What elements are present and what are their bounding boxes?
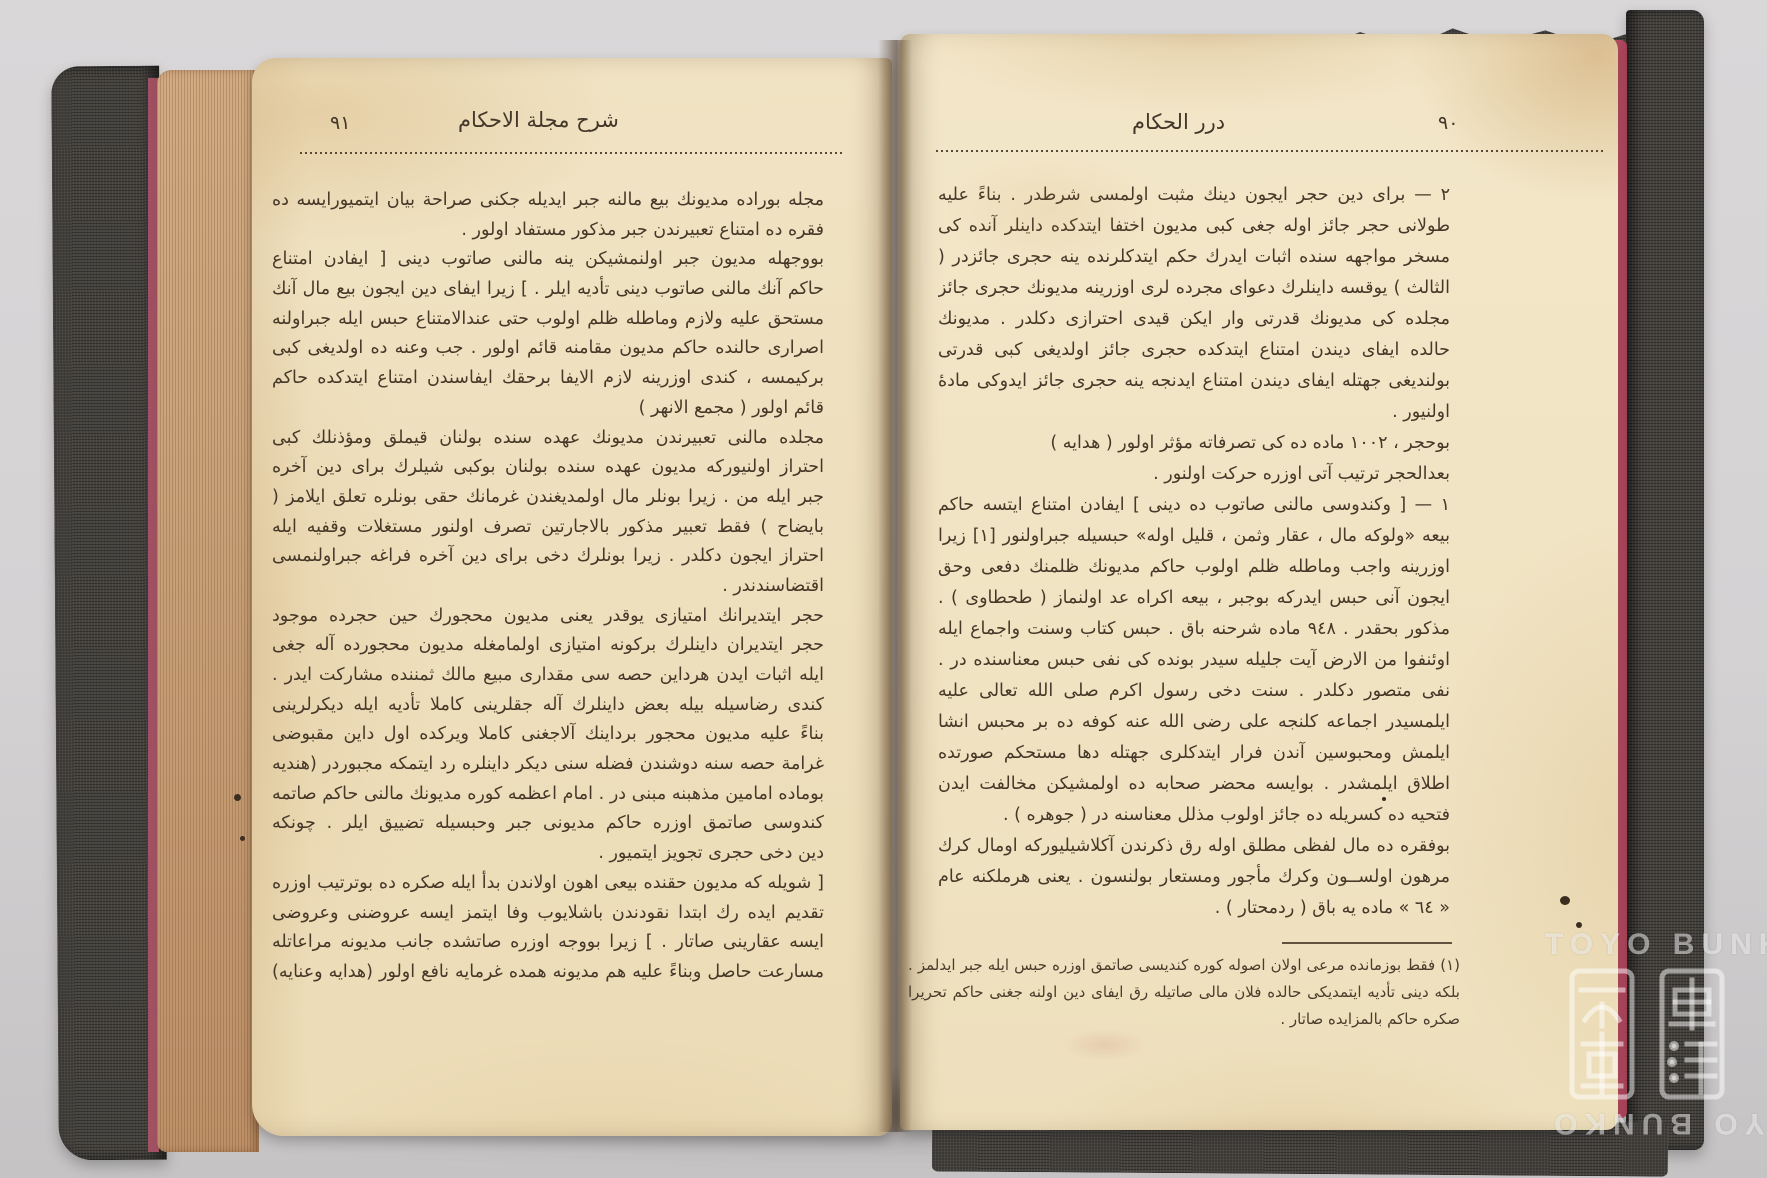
- left-page-text-line: اقتضاسندندر .: [272, 572, 824, 602]
- left-page-header-title: شرح مجلة الاحكام: [458, 108, 619, 132]
- left-page-text-line: اصرارى حالنده حاكم مديون مقامنه قائم اول…: [272, 334, 824, 364]
- footnote-line: (١) فقط بوزمانده مرعى اولان اصوله كوره ك…: [908, 952, 1460, 979]
- right-page-text-line: مسخر مواجهه سنده اثبات ايدرك حكم ايتدكلر…: [938, 242, 1450, 273]
- right-page-text-line: مذكور بحقدر . ٩٤٨ ماده شرحنه باق . حبس ك…: [938, 614, 1450, 645]
- right-page-text-line: فتحيه ده كسريله ده جائز اولوب مذلل معناس…: [938, 800, 1450, 831]
- right-page-text-line: نفى متصور دكلدر . سنت دخى رسول اكرم صلى …: [938, 676, 1450, 707]
- right-page-header-title: درر الحكام: [1132, 110, 1225, 134]
- left-page-text-line: بايضاح ) فقط تعبير مذكور بالاجارتين تصرف…: [272, 513, 824, 543]
- watermark-seals: [1569, 968, 1767, 1100]
- right-page-text-line: ١ — [ وكندوسى مالنى صاتوب ده دينى ] ايفا…: [938, 490, 1450, 521]
- left-page-text-line: بوماده امامين مذهبنه مبنى در . امام اعظم…: [272, 780, 824, 810]
- toyo-bunko-seal-left-icon: [1569, 968, 1635, 1100]
- left-page-text-line: [ شويله كه مديون حقنده بيعى اهون اولاندن…: [272, 869, 824, 899]
- right-page-number: ٩٠: [1438, 112, 1458, 134]
- left-page-text-line: احتراز اولنيوركه مديون عهده سنده بولنان …: [272, 453, 824, 483]
- right-page-text-line: بيعه «ولوكه مال ، عقار وثمن ، قليل اوله»…: [938, 521, 1450, 552]
- left-page-number: ٩١: [330, 112, 350, 134]
- right-page-text-line: ايلمش ومحبوسين آندن فرار ايتدكلرى جهتله …: [938, 738, 1450, 769]
- right-page-text-line: اوزرينه واجب وماطله ظلم اولوب حاكم مديون…: [938, 552, 1450, 583]
- right-page-text-block: ٢ — براى دين حجر ايجون دينك مثبت اولمسى …: [938, 180, 1450, 928]
- foxing-speck: [1382, 797, 1386, 801]
- right-page-text-line: مجلده كى مديونك قدرتى وار ايكن قيدى احتر…: [938, 304, 1450, 335]
- right-page-text-line: ايلمسيدر اجماعه كلنجه على رضى الله عنه ك…: [938, 707, 1450, 738]
- left-page-text-line: مجله بوراده مديونك بيع مالنه جبر ايديله …: [272, 186, 824, 216]
- page-block-fore-edge: [157, 70, 259, 1152]
- right-header-rule: [936, 150, 1606, 152]
- foxing-speck: [240, 836, 245, 841]
- left-header-rule: [300, 152, 842, 154]
- left-page-text-line: مستحق عليه ولازم وماطله ظلم اولوب حتى عن…: [272, 305, 824, 335]
- left-page: ٩١ شرح مجلة الاحكام مجله بوراده مديونك ب…: [252, 58, 892, 1136]
- right-page-text-line: ٢ — براى دين حجر ايجون دينك مثبت اولمسى …: [938, 180, 1450, 211]
- left-page-text-line: مجلده مالنى تعبيرندن مديونك عهده سنده بو…: [272, 424, 824, 454]
- left-page-text-line: كندى رضاسيله بيله بعض داينلرك آله جقلرين…: [272, 691, 824, 721]
- left-page-text-line: احتراز ايجون دكلدر . زيرا بونلرك دخى برا…: [272, 542, 824, 572]
- left-page-text-line: جبر ايله من . زيرا بونلر مال اولمديغندن …: [272, 483, 824, 513]
- left-page-text-line: فقره ده امتناع تعبيرندن جبر مذكور مستفاد…: [272, 216, 824, 246]
- left-page-text-line: غرامة حصه سنه دوشندن فضله سنى ديكر داينل…: [272, 750, 824, 780]
- left-page-text-line: دين دخى حجرى تجويز ايتميور .: [272, 839, 824, 869]
- left-page-text-block: مجله بوراده مديونك بيع مالنه جبر ايديله …: [272, 186, 824, 998]
- right-page-text-line: مرهون اولســون وكرك مأجور ومستعار بولنسو…: [938, 862, 1450, 893]
- left-page-text-line: بووجهله مديون جبر اولنمشيكن ينه مالنى صا…: [272, 245, 824, 275]
- watermark-text-top: TOYO BUNKO: [1545, 928, 1767, 962]
- toyo-bunko-seal-right-icon: [1659, 968, 1725, 1100]
- left-page-text-line: بركيمسه ، كندى اوزرينه لازم الايفا برحقك…: [272, 364, 824, 394]
- right-page-text-line: ايجون آنى حبس ايدركه بوجبر ، بيعه اكراه …: [938, 583, 1450, 614]
- right-page-text-line: بوفقره ده مال لفظى مطلق اوله رق ذكرندن آ…: [938, 831, 1450, 862]
- left-page-text-line: قائم اولور ( مجمع الانهر ): [272, 394, 824, 424]
- foxing-speck: [234, 794, 241, 801]
- right-page-text-line: بعدالحجر ترتيب آتى اوزره حركت اولنور .: [938, 459, 1450, 490]
- right-page-text-line: اوئنفوا من الارض آيت جليله سيدر بونده كى…: [938, 645, 1450, 676]
- right-page: درر الحكام ٩٠ ٢ — براى دين حجر ايجون دين…: [900, 34, 1618, 1130]
- foxing-speck: [1560, 896, 1570, 905]
- right-page-text-line: اولنيور .: [938, 397, 1450, 428]
- right-page-text-line: الثالث ) يوقسه داينلرك دعواى مجرده لرى ا…: [938, 273, 1450, 304]
- watermark-text-bottom-inverted: TOYO BUNKO: [1547, 1106, 1767, 1140]
- right-page-text-line: اطلاق ايلمشدر . بوايسه محضر صحابه ده اول…: [938, 769, 1450, 800]
- footnote-text-block: (١) فقط بوزمانده مرعى اولان اصوله كوره ك…: [908, 952, 1460, 1036]
- left-page-text-line: كندوسى صاتمق اوزره حاكم مديونى جبر وحبسي…: [272, 809, 824, 839]
- book-photograph: { "photo": { "colors": { "backdrop": "#d…: [0, 0, 1767, 1178]
- left-page-text-line: ايله اثبات ايدن هرداين حصه سى مقدارى مبي…: [272, 661, 824, 691]
- right-page-text-line: بولنديغى جهتله ايفاى ديندن امتناع ايدنجه…: [938, 366, 1450, 397]
- footnote-line: صكره حاكم بالمزايده صاتار .: [908, 1006, 1460, 1033]
- left-page-text-line: بناءً عليه مديون محجور برداينك آلاجغنى ك…: [272, 720, 824, 750]
- right-page-text-line: حالده ايفاى ديندن امتناع ايتدكده حجرى جا…: [938, 335, 1450, 366]
- footnote-separator-rule: [1282, 942, 1452, 944]
- right-page-text-line: « ٦٤ » ماده يه باق ( ردمحتار ) .: [938, 893, 1450, 924]
- left-page-text-line: تقديم ايده رك ابتدا نقودندن باشلايوب وفا…: [272, 899, 824, 929]
- left-page-text-line: حجر ايتديران داينلرك بركونه امتيازى اولم…: [272, 631, 824, 661]
- toyo-bunko-watermark: TOYO BUNKO TOYO BUNKO: [1545, 928, 1767, 1140]
- left-page-text-line: مسارعت حاصل وبناءً عليه هم مديونه همده غ…: [272, 958, 824, 988]
- footnote-line: بلكه دينى تأديه ايتمديكى حالده فلان مالى…: [908, 979, 1460, 1006]
- left-page-text-line: ايسه عقارينى صاتار . ] زيرا بووجه اوزره …: [272, 928, 824, 958]
- left-page-text-line: حجر ايتديرانك امتيازى يوقدر يعنى مديون م…: [272, 602, 824, 632]
- right-page-text-line: طولانى حجر جائز اوله جغى كبى مديون اختفا…: [938, 211, 1450, 242]
- left-page-text-line: حاكم آنك مالنى صاتوب دينى تأديه ايلر . ]…: [272, 275, 824, 305]
- right-page-text-line: بوحجر ، ١٠٠٢ ماده ده كى تصرفاته مؤثر اول…: [938, 428, 1450, 459]
